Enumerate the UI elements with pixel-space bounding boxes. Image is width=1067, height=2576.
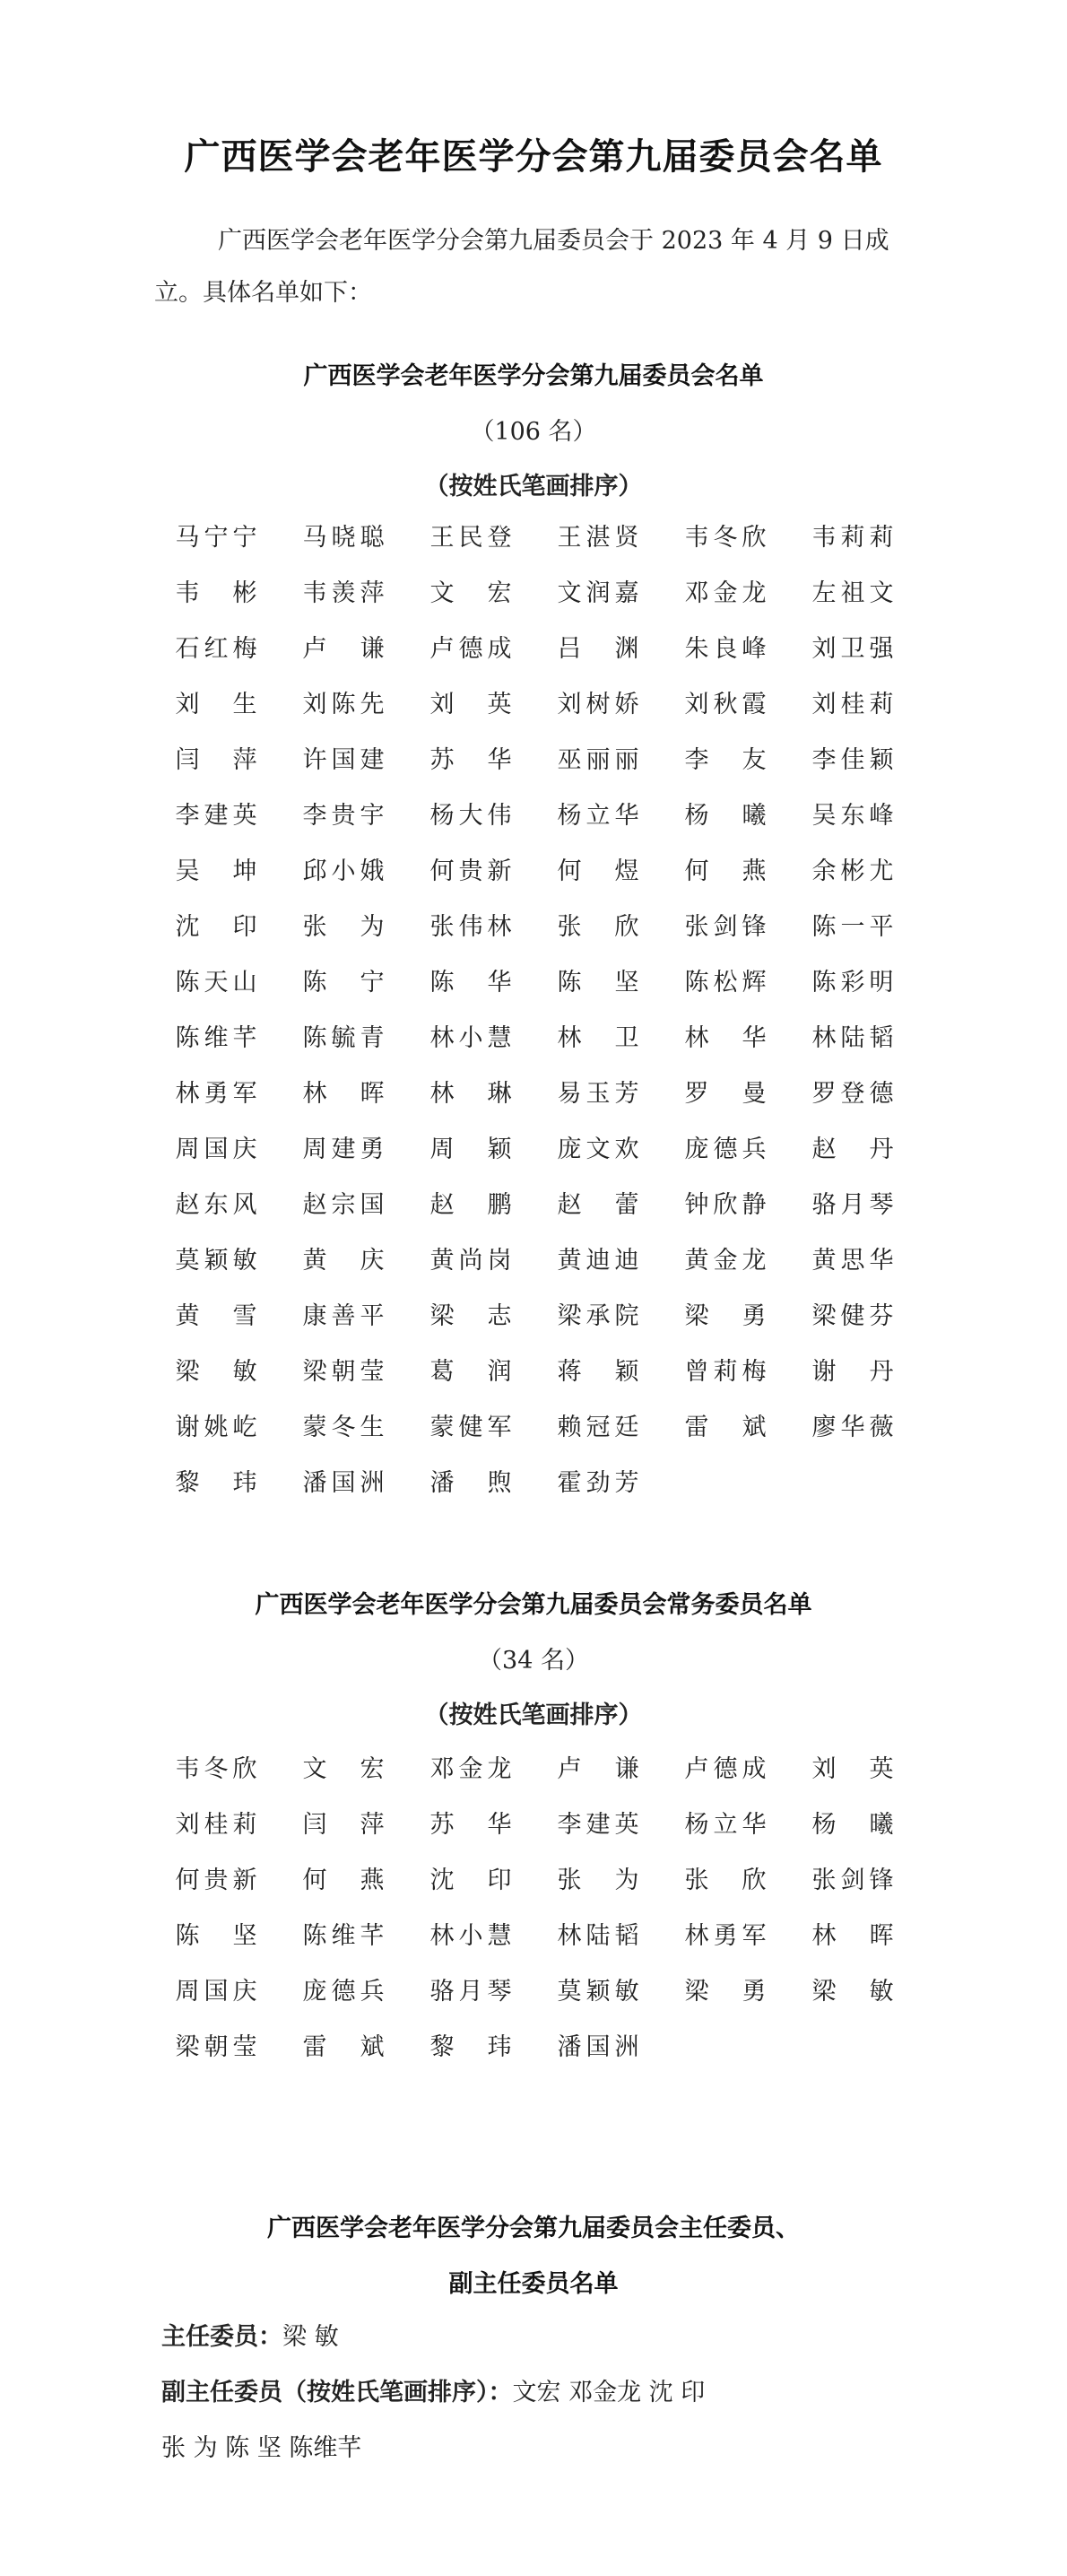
name-cell: 罗登德: [810, 1076, 896, 1132]
name-cell: 韦冬欣: [682, 520, 768, 576]
name-cell: 雷斌: [682, 1410, 768, 1466]
chair-name: 梁 敏: [282, 2323, 339, 2351]
name-cell: 谢姚屹: [173, 1410, 259, 1466]
name-cell: 陈维芊: [173, 1021, 259, 1076]
name-cell: 刘陈先: [300, 687, 386, 743]
name-cell: 何贵新: [173, 1863, 259, 1919]
name-cell: 陈坚: [555, 965, 641, 1021]
name-cell: 赵东风: [173, 1188, 259, 1243]
name-cell: 王民登: [428, 520, 514, 576]
name-cell: 林陆韬: [555, 1919, 641, 1974]
name-cell: 赖冠廷: [555, 1410, 641, 1466]
name-cell: 沈印: [428, 1863, 514, 1919]
name-cell: 陈华: [428, 965, 514, 1021]
name-cell: 韦彬: [173, 576, 259, 631]
name-cell: 谢丹: [810, 1354, 896, 1410]
name-cell: 邓金龙: [428, 1752, 514, 1807]
document-title: 广西医学会老年医学分会第九届委员会名单: [0, 133, 1067, 181]
name-cell: 雷斌: [300, 2030, 386, 2085]
name-cell: 余彬尤: [810, 854, 896, 909]
name-cell: 罗曼: [682, 1076, 768, 1132]
name-cell: 赵丹: [810, 1132, 896, 1188]
name-cell: 李友: [682, 743, 768, 798]
name-cell: 林琳: [428, 1076, 514, 1132]
name-cell: 卢谦: [555, 1752, 641, 1807]
vice-chair-names-1: 文宏 邓金龙 沈 印: [513, 2379, 706, 2406]
name-cell: 梁勇: [682, 1974, 768, 2030]
name-cell: 梁志: [428, 1299, 514, 1354]
name-cell: 蒙健军: [428, 1410, 514, 1466]
name-cell: 梁朝莹: [300, 1354, 386, 1410]
name-cell: 刘英: [810, 1752, 896, 1807]
name-cell: 邓金龙: [682, 576, 768, 631]
name-cell: 文宏: [300, 1752, 386, 1807]
name-cell: 张伟林: [428, 909, 514, 965]
name-cell: 易玉芳: [555, 1076, 641, 1132]
name-cell: 文宏: [428, 576, 514, 631]
name-cell: 刘桂莉: [810, 687, 896, 743]
name-cell: 陈坚: [173, 1919, 259, 1974]
name-cell: 潘国洲: [555, 2030, 641, 2085]
name-cell: 马宁宁: [173, 520, 259, 576]
name-cell: 莫颖敏: [555, 1974, 641, 2030]
name-cell: 闫萍: [300, 1807, 386, 1863]
name-cell: 刘卫强: [810, 631, 896, 687]
name-cell: 吴东峰: [810, 798, 896, 854]
name-cell: 蒙冬生: [300, 1410, 386, 1466]
name-cell: 陈一平: [810, 909, 896, 965]
name-cell: 李佳颖: [810, 743, 896, 798]
name-cell: 赵鹏: [428, 1188, 514, 1243]
name-cell: 骆月琴: [428, 1974, 514, 2030]
name-cell: 周建勇: [300, 1132, 386, 1188]
name-cell: 林华: [682, 1021, 768, 1076]
name-cell: 黄尚岗: [428, 1243, 514, 1299]
name-cell: 梁朝莹: [173, 2030, 259, 2085]
name-cell: 林卫: [555, 1021, 641, 1076]
name-cell: 杨曦: [682, 798, 768, 854]
name-cell: 李建英: [173, 798, 259, 854]
intro-paragraph: 广西医学会老年医学分会第九届委员会于 2023 年 4 月 9 日成立。具体名单…: [154, 215, 898, 319]
name-cell: 黄迪迪: [555, 1243, 641, 1299]
name-cell: 林勇军: [173, 1076, 259, 1132]
name-cell: 杨立华: [555, 798, 641, 854]
name-cell: 韦冬欣: [173, 1752, 259, 1807]
name-cell: 刘秋霞: [682, 687, 768, 743]
name-cell: 杨曦: [810, 1807, 896, 1863]
name-cell: 沈印: [173, 909, 259, 965]
name-cell: 卢谦: [300, 631, 386, 687]
name-cell: 赵宗国: [300, 1188, 386, 1243]
name-cell: 蒋颖: [555, 1354, 641, 1410]
name-cell: 赵蕾: [555, 1188, 641, 1243]
name-cell: 卢德成: [428, 631, 514, 687]
name-cell: 左祖文: [810, 576, 896, 631]
name-cell: 文润嘉: [555, 576, 641, 631]
name-cell: 周颖: [428, 1132, 514, 1188]
name-cell: 张欣: [555, 909, 641, 965]
standing-name-grid: 韦冬欣文宏邓金龙卢谦卢德成刘英刘桂莉闫萍苏华李建英杨立华杨曦何贵新何燕沈印张为张…: [173, 1752, 944, 2085]
name-cell: 许国建: [300, 743, 386, 798]
members-sort-note: （按姓氏笔画排序）: [0, 469, 1067, 505]
name-cell: 黄雪: [173, 1299, 259, 1354]
name-cell: 潘煦: [428, 1466, 514, 1521]
name-cell: 黄庆: [300, 1243, 386, 1299]
leaders-heading-line2: 副主任委员名单: [0, 2267, 1067, 2302]
name-cell: 黎玮: [428, 2030, 514, 2085]
name-cell: 陈松辉: [682, 965, 768, 1021]
name-cell: 苏华: [428, 743, 514, 798]
members-count: （106 名）: [0, 414, 1067, 450]
name-cell: 吴坤: [173, 854, 259, 909]
name-cell: 钟欣静: [682, 1188, 768, 1243]
name-cell: 陈宁: [300, 965, 386, 1021]
name-cell: 林小慧: [428, 1021, 514, 1076]
name-cell: 张为: [555, 1863, 641, 1919]
name-cell: 骆月琴: [810, 1188, 896, 1243]
name-cell: 张为: [300, 909, 386, 965]
chair-line: 主任委员：梁 敏: [161, 2319, 339, 2355]
chair-label: 主任委员：: [161, 2323, 282, 2351]
name-cell: 霍劲芳: [555, 1466, 641, 1521]
name-cell: 李贵宇: [300, 798, 386, 854]
name-cell: 陈维芊: [300, 1919, 386, 1974]
name-cell: 曾莉梅: [682, 1354, 768, 1410]
name-cell: 林晖: [810, 1919, 896, 1974]
name-cell: 庞德兵: [300, 1974, 386, 2030]
name-cell: 潘国洲: [300, 1466, 386, 1521]
name-cell: 黄思华: [810, 1243, 896, 1299]
vice-chair-line: 副主任委员（按姓氏笔画排序）：文宏 邓金龙 沈 印: [161, 2375, 705, 2411]
standing-heading: 广西医学会老年医学分会第九届委员会常务委员名单: [0, 1588, 1067, 1623]
name-cell: 莫颖敏: [173, 1243, 259, 1299]
name-cell: 刘桂莉: [173, 1807, 259, 1863]
name-cell: 刘生: [173, 687, 259, 743]
name-cell: 韦羡萍: [300, 576, 386, 631]
name-cell: 林勇军: [682, 1919, 768, 1974]
name-cell: 吕渊: [555, 631, 641, 687]
name-cell: 梁敏: [810, 1974, 896, 2030]
name-cell: 陈彩明: [810, 965, 896, 1021]
name-cell: 梁承院: [555, 1299, 641, 1354]
name-cell: 巫丽丽: [555, 743, 641, 798]
name-cell: 黎玮: [173, 1466, 259, 1521]
name-cell: 何煜: [555, 854, 641, 909]
name-cell: 何贵新: [428, 854, 514, 909]
name-cell: 张欣: [682, 1863, 768, 1919]
name-cell: 周国庆: [173, 1132, 259, 1188]
name-cell: 何燕: [682, 854, 768, 909]
name-cell: 杨立华: [682, 1807, 768, 1863]
name-cell: 陈毓青: [300, 1021, 386, 1076]
name-cell: 梁敏: [173, 1354, 259, 1410]
name-cell: 康善平: [300, 1299, 386, 1354]
members-name-grid: 马宁宁马晓聪王民登王湛贤韦冬欣韦莉莉韦彬韦羡萍文宏文润嘉邓金龙左祖文石红梅卢谦卢…: [173, 520, 944, 1521]
vice-chair-label: 副主任委员（按姓氏笔画排序）：: [161, 2379, 513, 2406]
name-cell: 马晓聪: [300, 520, 386, 576]
name-cell: 刘树娇: [555, 687, 641, 743]
name-cell: 周国庆: [173, 1974, 259, 2030]
name-cell: 葛润: [428, 1354, 514, 1410]
name-cell: 朱良峰: [682, 631, 768, 687]
standing-count: （34 名）: [0, 1643, 1067, 1679]
name-cell: 张剑锋: [682, 909, 768, 965]
name-cell: 庞德兵: [682, 1132, 768, 1188]
name-cell: 廖华薇: [810, 1410, 896, 1466]
name-cell: 闫萍: [173, 743, 259, 798]
name-cell: 邱小娥: [300, 854, 386, 909]
name-cell: 林陆韬: [810, 1021, 896, 1076]
name-cell: 庞文欢: [555, 1132, 641, 1188]
vice-chair-names-line2: 张 为 陈 坚 陈维芊: [161, 2431, 361, 2467]
name-cell: 林晖: [300, 1076, 386, 1132]
name-cell: 张剑锋: [810, 1863, 896, 1919]
members-heading: 广西医学会老年医学分会第九届委员会名单: [0, 359, 1067, 395]
standing-sort-note: （按姓氏笔画排序）: [0, 1698, 1067, 1734]
name-cell: 梁健芬: [810, 1299, 896, 1354]
name-cell: 韦莉莉: [810, 520, 896, 576]
name-cell: 何燕: [300, 1863, 386, 1919]
name-cell: 王湛贤: [555, 520, 641, 576]
name-cell: 黄金龙: [682, 1243, 768, 1299]
name-cell: 卢德成: [682, 1752, 768, 1807]
name-cell: 陈天山: [173, 965, 259, 1021]
name-cell: 梁勇: [682, 1299, 768, 1354]
name-cell: 石红梅: [173, 631, 259, 687]
leaders-heading-line1: 广西医学会老年医学分会第九届委员会主任委员、: [0, 2211, 1067, 2247]
name-cell: 苏华: [428, 1807, 514, 1863]
name-cell: 刘英: [428, 687, 514, 743]
name-cell: 林小慧: [428, 1919, 514, 1974]
name-cell: 李建英: [555, 1807, 641, 1863]
name-cell: 杨大伟: [428, 798, 514, 854]
